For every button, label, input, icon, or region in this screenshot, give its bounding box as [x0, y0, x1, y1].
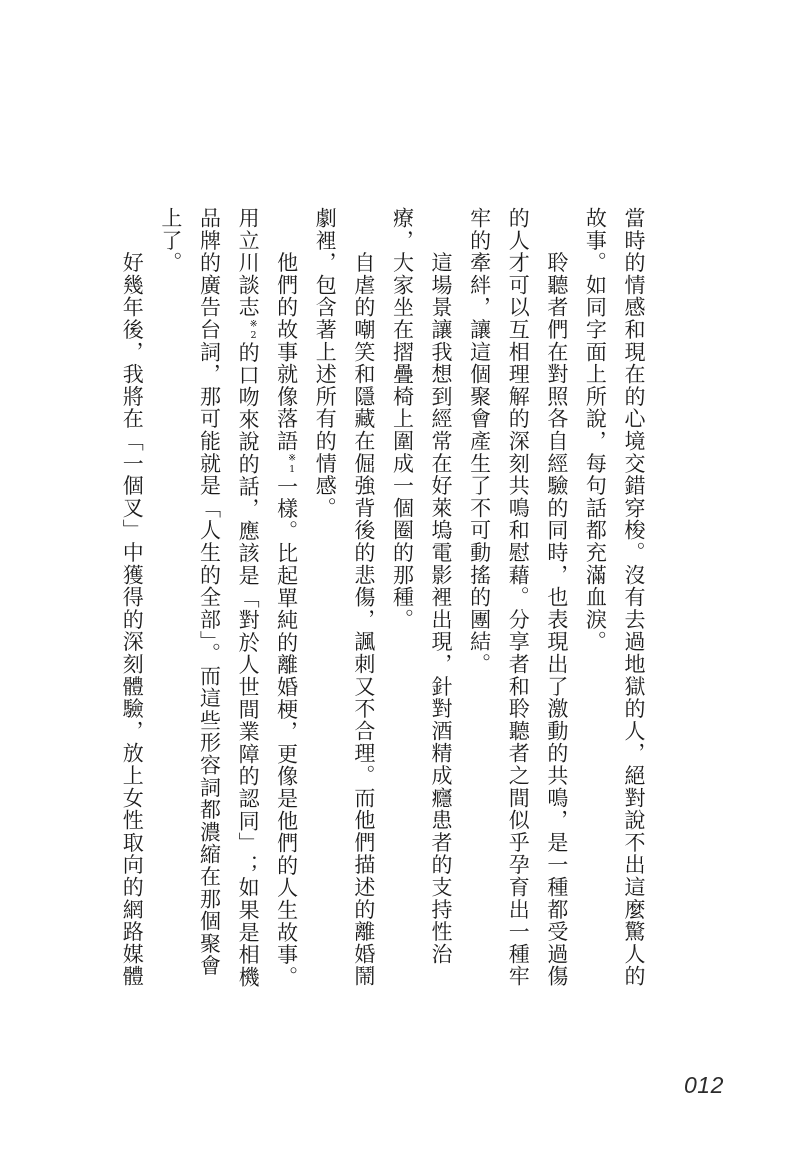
paragraph-3: 這場景讓我想到經常在好萊塢電影裡出現，針對酒精成癮患者的支持性治療，大家坐在摺疊… — [383, 207, 460, 990]
paragraph-1: 當時的情感和現在的心境交錯穿梭。沒有去過地獄的人，絕對說不出這麼驚人的故事。如同… — [576, 207, 653, 990]
paragraph-5: 他們的故事就像落語※1一樣。比起單純的離婚梗，更像是他們的人生故事。用立川談志※… — [151, 207, 305, 990]
paragraph-1-text: 當時的情感和現在的心境交錯穿梭。沒有去過地獄的人，絕對說不出這麼驚人的故事。如同… — [583, 207, 646, 988]
footnote-ref-1: ※1 — [287, 452, 298, 475]
paragraph-2: 聆聽者們在對照各自經驗的同時，也表現出了激動的共鳴，是一種都受過傷的人才可以互相… — [460, 207, 576, 990]
book-page: 當時的情感和現在的心境交錯穿梭。沒有去過地獄的人，絕對說不出這麼驚人的故事。如同… — [0, 0, 792, 1158]
paragraph-2-text: 聆聽者們在對照各自經驗的同時，也表現出了激動的共鳴，是一種都受過傷的人才可以互相… — [468, 207, 569, 988]
vertical-text-block: 當時的情感和現在的心境交錯穿梭。沒有去過地獄的人，絕對說不出這麼驚人的故事。如同… — [113, 207, 653, 990]
paragraph-5-text-c: 的口吻來說的話，應該是「對於人世間業障的認同」；如果是相機品牌的廣告台詞，那可能… — [159, 207, 260, 988]
paragraph-6-text: 好幾年後，我將在「一個叉」中獲得的深刻體驗，放上女性取向的網路媒體 — [120, 207, 144, 988]
paragraph-6: 好幾年後，我將在「一個叉」中獲得的深刻體驗，放上女性取向的網路媒體 — [113, 207, 152, 990]
footnote-ref-2: ※2 — [248, 319, 259, 342]
paragraph-4: 自虐的嘲笑和隱藏在倔強背後的悲傷，諷刺又不合理。而他們描述的離婚鬧劇裡，包含著上… — [306, 207, 383, 990]
paragraph-3-text: 這場景讓我想到經常在好萊塢電影裡出現，針對酒精成癮患者的支持性治療，大家坐在摺疊… — [390, 207, 453, 965]
paragraph-5-text-a: 他們的故事就像落語 — [275, 207, 299, 452]
page-number: 012 — [684, 1072, 724, 1099]
paragraph-4-text: 自虐的嘲笑和隱藏在倔強背後的悲傷，諷刺又不合理。而他們描述的離婚鬧劇裡，包含著上… — [313, 207, 376, 988]
